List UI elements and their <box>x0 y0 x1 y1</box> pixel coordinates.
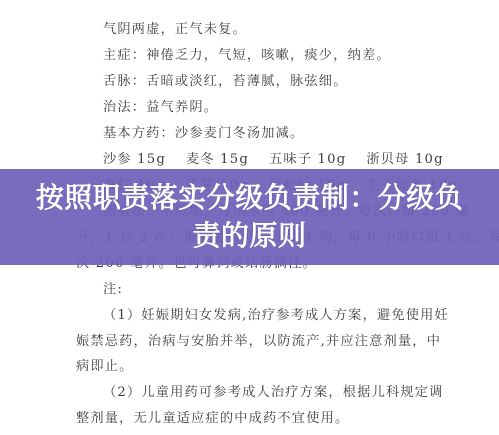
dose-item: 浙贝母 10g <box>366 152 443 168</box>
dose-item: 麦冬 15g <box>186 152 249 168</box>
title-banner: 按照职责落实分级负责制：分级负责的原则 <box>0 169 499 265</box>
text-line-treatment: 治法：益气养阴。 <box>103 100 218 116</box>
dose-item: 五味子 10g <box>269 152 346 168</box>
text-line-formula: 基本方药：沙参麦门冬汤加减。 <box>103 126 304 142</box>
dose-row-1: 沙参 15g麦冬 15g五味子 10g浙贝母 10g <box>103 152 444 168</box>
text-line-main-symptoms: 主症：神倦乏力，气短，咳嗽，痰少，纳差。 <box>103 48 391 64</box>
dose-item: 沙参 15g <box>103 152 166 168</box>
text-line-tongue-pulse: 舌脉：舌暗或淡红，苔薄腻，脉弦细。 <box>103 74 348 90</box>
text-line: 气阴两虚，正气未复。 <box>103 22 247 38</box>
banner-title: 按照职责落实分级负责制：分级负责的原则 <box>30 179 470 255</box>
note-line: （1）妊娠期妇女发病,治疗参考成人方案，避免使用妊 <box>103 308 449 324</box>
note-line: 病即止。 <box>76 359 134 375</box>
note-line: 整剂量，无儿童适应症的中成药不宜使用。 <box>76 411 349 427</box>
note-line: （2）儿童用药可参考成人治疗方案，根据儿科规定调 <box>103 385 444 401</box>
note-line: 娠禁忌药，治病与安胎并举，以防流产,并应注意剂量，中 <box>76 334 441 350</box>
notes-label: 注: <box>103 282 123 298</box>
